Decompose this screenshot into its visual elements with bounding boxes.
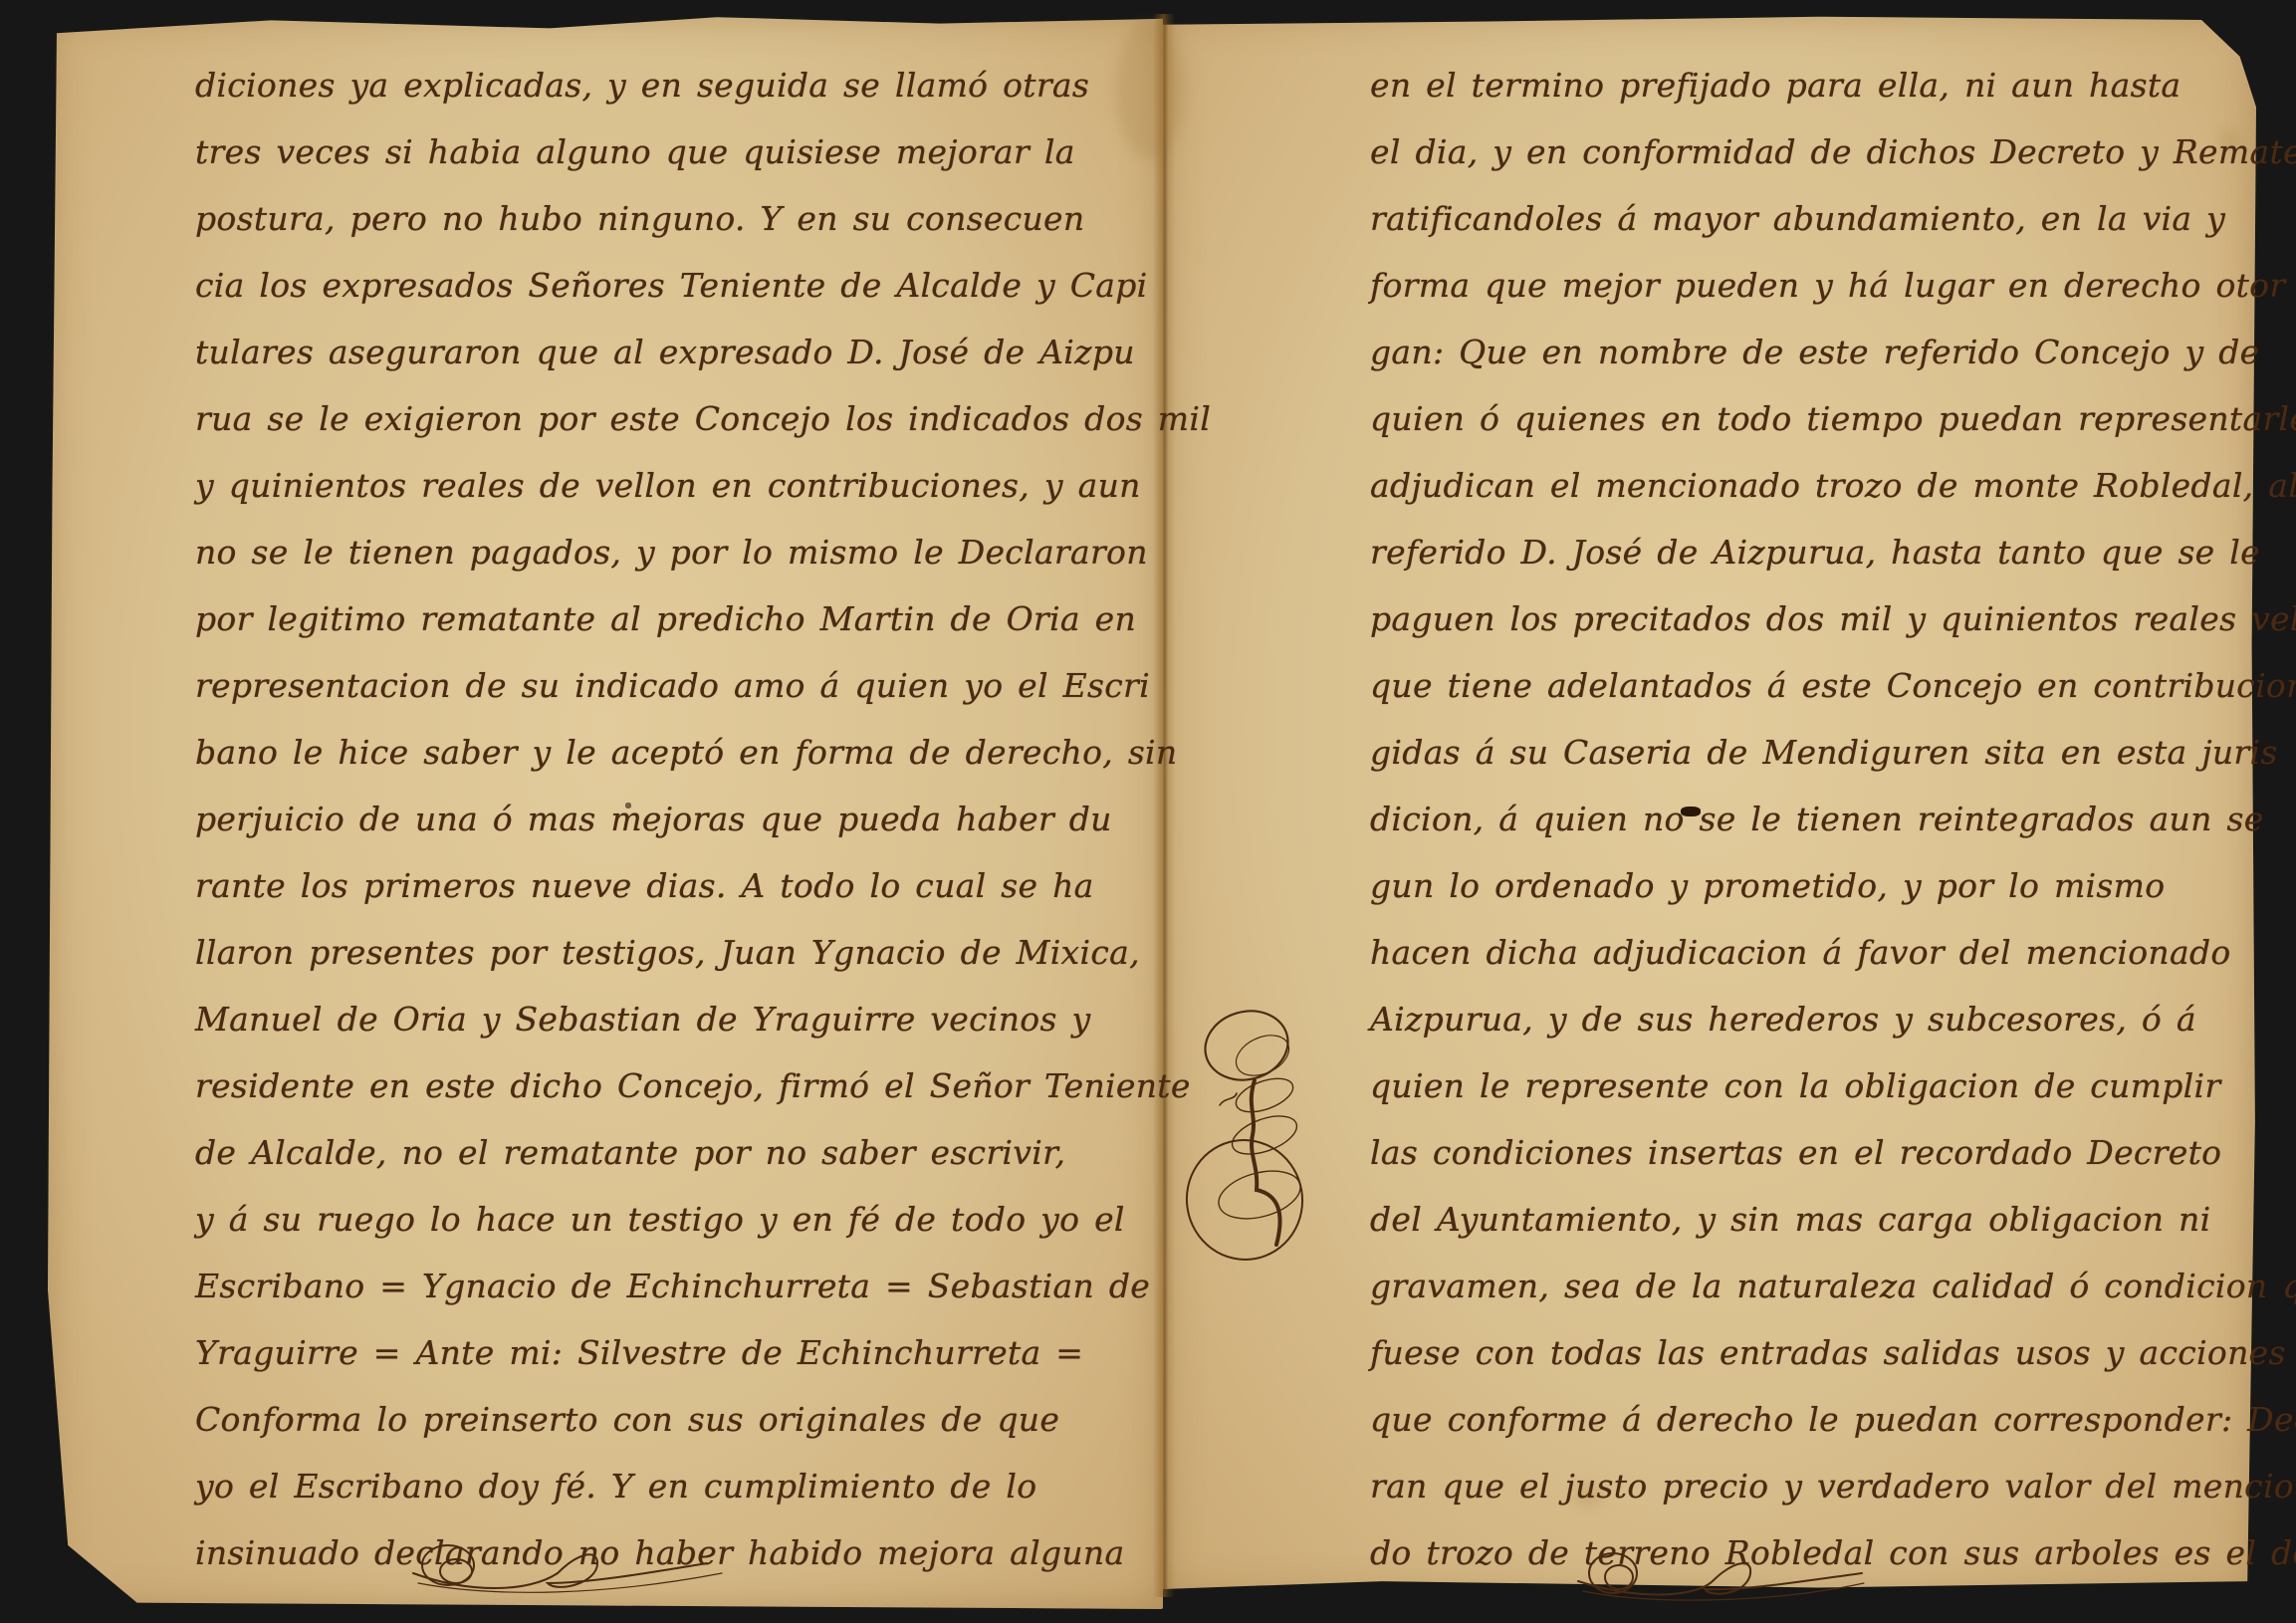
text-line: fuese con todas las entradas salidas uso… [1370,1319,2147,1386]
text-line: adjudican el mencionado trozo de monte R… [1370,452,2147,519]
text-line: postura, pero no hubo ninguno. Y en su c… [195,185,952,252]
text-line: quien ó quienes en todo tiempo puedan re… [1370,385,2147,452]
text-line: yo el Escribano doy fé. Y en cumplimient… [195,1453,952,1519]
text-line: quien le represente con la obligacion de… [1370,1052,2147,1119]
margin-rubric-icon [1185,986,1314,1275]
book-gutter [1153,14,1175,1597]
text-line: de Alcalde, no el rematante por no saber… [195,1119,952,1186]
text-line: Conforma lo preinserto con sus originale… [195,1386,952,1453]
text-line: que conforme á derecho le puedan corresp… [1370,1386,2147,1453]
text-line: ratificandoles á mayor abundamiento, en … [1370,185,2147,252]
text-line: que tiene adelantados á este Concejo en … [1370,652,2147,719]
text-line: y á su ruego lo hace un testigo y en fé … [195,1186,952,1253]
text-line: tulares aseguraron que al expresado D. J… [195,319,952,385]
text-line: tres veces si habia alguno que quisiese … [195,118,952,185]
text-line: por legitimo rematante al predicho Marti… [195,585,952,652]
text-line: el dia, y en conformidad de dichos Decre… [1370,118,2147,185]
text-line: cia los expresados Señores Teniente de A… [195,252,952,319]
ink-speck [625,803,631,809]
text-line: residente en este dicho Concejo, firmó e… [195,1052,952,1119]
text-line: gidas á su Caseria de Mendiguren sita en… [1370,719,2147,786]
text-line: llaron presentes por testigos, Juan Ygna… [195,919,952,986]
text-line: en el termino prefijado para ella, ni au… [1370,52,2147,118]
text-line: Escribano = Ygnacio de Echinchurreta = S… [195,1253,952,1319]
left-bottom-flourish-icon [408,1533,727,1608]
water-stain [1115,20,1185,159]
text-line: forma que mejor pueden y há lugar en der… [1370,252,2147,319]
text-line: no se le tienen pagados, y por lo mismo … [195,519,952,585]
text-line: las condiciones insertas en el recordado… [1370,1119,2147,1186]
text-line: Aizpurua, y de sus herederos y subcesore… [1370,986,2147,1052]
left-page-text: diciones ya explicadas, y en seguida se … [195,52,952,1586]
text-line: del Ayuntamiento, y sin mas carga obliga… [1370,1186,2147,1253]
text-line: gun lo ordenado y prometido, y por lo mi… [1370,852,2147,919]
text-line: referido D. José de Aizpurua, hasta tant… [1370,519,2147,585]
text-line: gravamen, sea de la naturaleza calidad ó… [1370,1253,2147,1319]
text-line: paguen los precitados dos mil y quinient… [1370,585,2147,652]
text-line: dicion, á quien no se le tienen reintegr… [1370,786,2147,852]
text-line: gan: Que en nombre de este referido Conc… [1370,319,2147,385]
text-line: perjuicio de una ó mas mejoras que pueda… [195,786,952,852]
text-line: ran que el justo precio y verdadero valo… [1370,1453,2147,1519]
text-line: Manuel de Oria y Sebastian de Yraguirre … [195,986,952,1052]
right-bottom-flourish-icon [1573,1543,1872,1613]
ink-blot [1681,807,1701,816]
text-line: bano le hice saber y le aceptó en forma … [195,719,952,786]
text-line: rante los primeros nueve dias. A todo lo… [195,852,952,919]
text-line: Yraguirre = Ante mi: Silvestre de Echinc… [195,1319,952,1386]
text-line: y quinientos reales de vellon en contrib… [195,452,952,519]
text-line: hacen dicha adjudicacion á favor del men… [1370,919,2147,986]
text-line: rua se le exigieron por este Concejo los… [195,385,952,452]
text-line: diciones ya explicadas, y en seguida se … [195,52,952,118]
right-page-text: en el termino prefijado para ella, ni au… [1370,52,2147,1586]
text-line: representacion de su indicado amo á quie… [195,652,952,719]
